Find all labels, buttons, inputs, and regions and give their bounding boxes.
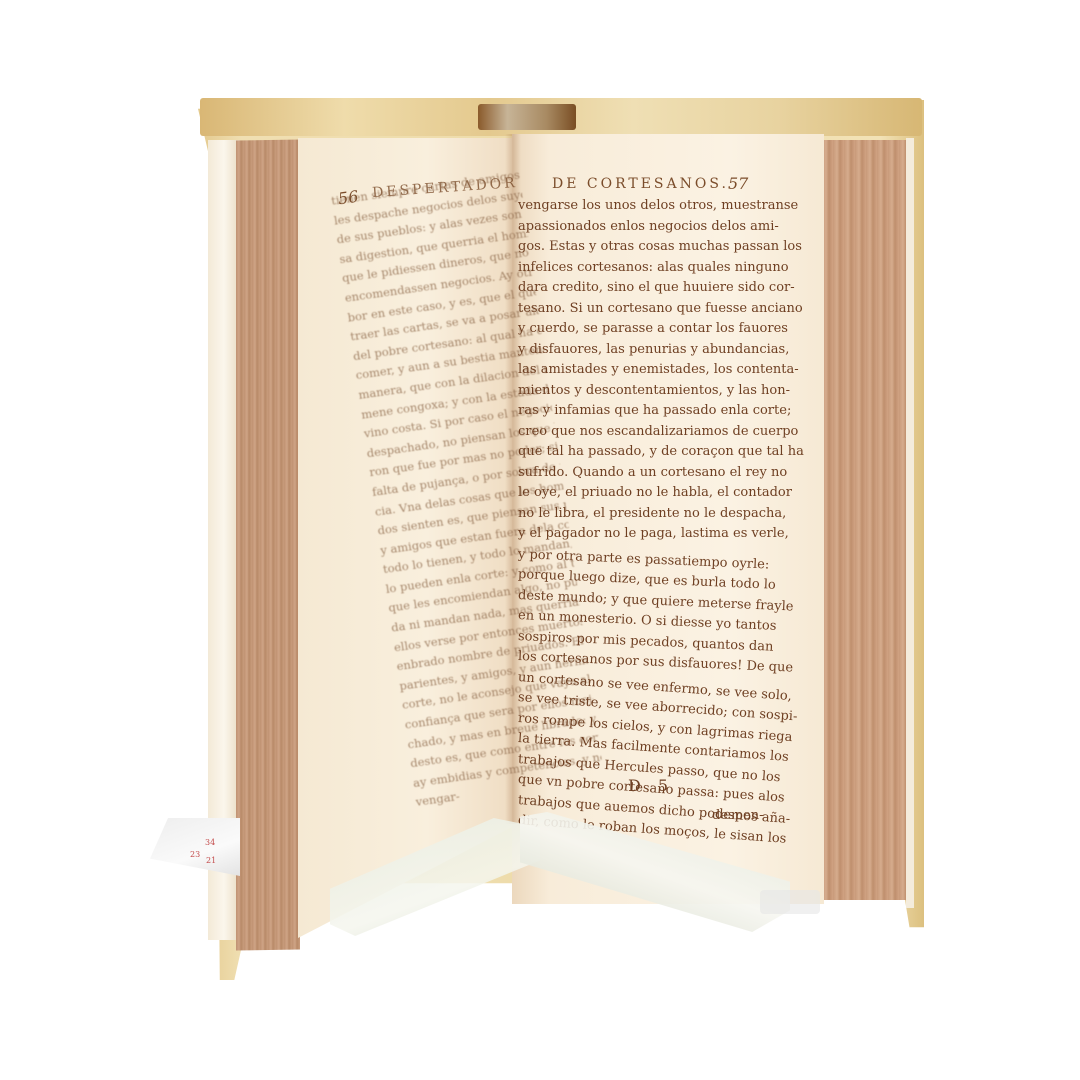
text-line: tesano. Si un cortesano que fuesse ancia… (518, 299, 768, 320)
photo-scene: 56 DESPERTADOR tienen siempre cartas de … (0, 0, 1080, 1080)
text-line: ras y infamias que ha passado enla corte… (518, 401, 768, 422)
text-line: las amistades y enemistades, los content… (518, 360, 768, 381)
text-line: le oye, el priuado no le habla, el conta… (518, 483, 768, 504)
catchword: despen- (712, 808, 763, 823)
text-line: creo que nos escandalizariamos de cuerpo (518, 422, 768, 443)
right-page-text: vengarse los unos delos otros, muestrans… (518, 196, 768, 832)
text-line: no le libra, el presidente no le despach… (518, 504, 768, 525)
text-line: apassionados enlos negocios delos ami- (518, 217, 768, 238)
left-fore-edge (236, 139, 300, 950)
stand-label-plate (150, 818, 240, 876)
right-flyleaf (906, 138, 914, 908)
text-line: y disfauores, las penurias y abundancias… (518, 340, 768, 361)
text-line: que tal ha passado, y de coraçon que tal… (518, 442, 768, 463)
text-line: dara credito, sino el que huuiere sido c… (518, 278, 768, 299)
stand-foot (760, 890, 820, 914)
right-running-head: DE CORTESANOS. (552, 176, 729, 192)
text-line: y cuerdo, se parasse a contar los fauore… (518, 319, 768, 340)
damaged-spine-head (478, 104, 576, 130)
text-line: y el pagador no le paga, lastima es verl… (518, 524, 768, 545)
signature-mark: D 5 (628, 776, 674, 795)
text-line: mientos y descontentamientos, y las hon- (518, 381, 768, 402)
text-line: vengarse los unos delos otros, muestrans… (518, 196, 768, 217)
right-fore-edge (822, 140, 908, 900)
text-line: gos. Estas y otras cosas muchas passan l… (518, 237, 768, 258)
stand-mark: 34 (205, 838, 215, 847)
text-line: sufrido. Quando a un cortesano el rey no (518, 463, 768, 484)
stand-mark: 23 (190, 850, 200, 859)
stand-mark: 21 (206, 856, 216, 865)
right-page-number: 57 (728, 174, 748, 193)
text-line: infelices cortesanos: alas quales ningun… (518, 258, 768, 279)
